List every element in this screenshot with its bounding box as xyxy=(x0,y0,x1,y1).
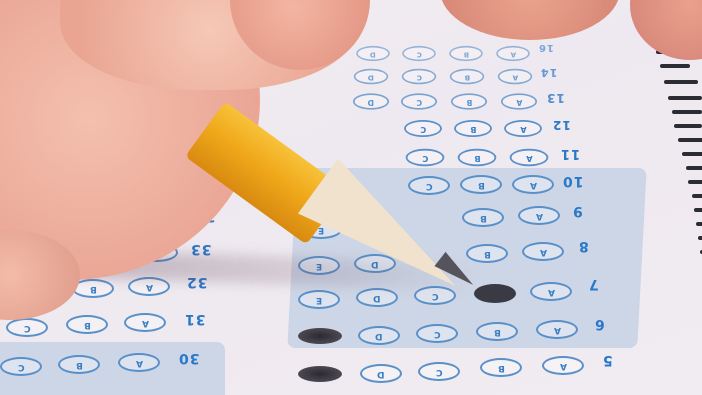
bubble-c[interactable]: C xyxy=(401,93,437,109)
bubble-e[interactable]: E xyxy=(298,290,340,309)
question-number: 5 xyxy=(602,352,613,368)
question-number: 12 xyxy=(552,118,571,132)
question-number: 9 xyxy=(572,203,583,219)
bubble-a[interactable]: A xyxy=(530,282,572,301)
bubble-b[interactable]: B xyxy=(458,149,497,166)
bubble-d[interactable]: D xyxy=(356,288,398,307)
bubble-c[interactable]: C xyxy=(418,362,460,381)
bubble-c[interactable]: C xyxy=(402,69,436,85)
question-number: 30 xyxy=(178,350,199,366)
bubble-b[interactable]: B xyxy=(450,69,484,85)
question-number: 10 xyxy=(562,173,583,189)
bubble-a[interactable]: A xyxy=(501,93,537,109)
filled-bubble-e[interactable] xyxy=(298,366,342,382)
bubble-b[interactable]: B xyxy=(449,46,483,61)
bubble-d[interactable]: D xyxy=(358,326,400,345)
bubble-b[interactable]: B xyxy=(66,315,108,334)
bubble-b-filled[interactable]: B xyxy=(474,284,516,303)
bubble-b[interactable]: B xyxy=(460,175,502,194)
bubble-a[interactable]: A xyxy=(496,46,530,61)
bubble-a[interactable]: A xyxy=(512,175,554,194)
question-number: 31 xyxy=(184,311,205,327)
bubble-d[interactable]: D xyxy=(360,364,402,383)
bubble-c[interactable]: C xyxy=(406,149,445,166)
bubble-a[interactable]: A xyxy=(518,206,560,225)
bubble-a[interactable]: A xyxy=(522,242,564,261)
bubble-c[interactable]: C xyxy=(408,176,450,195)
bubble-b[interactable]: B xyxy=(58,355,100,374)
bubble-a[interactable]: A xyxy=(118,353,160,372)
finger-top-right xyxy=(440,0,620,40)
bubble-a[interactable]: A xyxy=(542,356,584,375)
filled-bubble-e[interactable] xyxy=(298,328,342,344)
bubble-d[interactable]: D xyxy=(353,93,389,109)
bubble-b[interactable]: B xyxy=(476,322,518,341)
question-number: 11 xyxy=(560,146,580,161)
question-number: 7 xyxy=(588,276,599,292)
question-number: 6 xyxy=(594,316,605,332)
bubble-b[interactable]: B xyxy=(462,208,504,227)
bubble-c[interactable]: C xyxy=(402,46,436,61)
bubble-c[interactable]: C xyxy=(6,318,48,337)
question-number: 13 xyxy=(546,91,565,105)
bubble-b[interactable]: B xyxy=(480,358,522,377)
photo-scene: 16 A B C D 14 A B C D 13 A B C D 12 A B … xyxy=(0,0,702,395)
bubble-c[interactable]: C xyxy=(0,357,42,376)
question-number: 14 xyxy=(540,66,557,79)
bubble-a[interactable]: A xyxy=(504,120,542,137)
bubble-a[interactable]: A xyxy=(498,69,532,85)
bubble-c[interactable]: C xyxy=(404,120,442,137)
bubble-c[interactable]: C xyxy=(416,324,458,343)
bubble-b[interactable]: B xyxy=(451,93,487,109)
bubble-a[interactable]: A xyxy=(536,320,578,339)
bubble-b[interactable]: B xyxy=(454,120,492,137)
bubble-a[interactable]: A xyxy=(510,149,549,166)
question-number: 8 xyxy=(578,238,589,254)
question-number: 16 xyxy=(538,42,554,53)
bubble-a[interactable]: A xyxy=(124,313,166,332)
bubble-d[interactable]: D xyxy=(356,46,390,61)
bubble-d[interactable]: D xyxy=(354,69,388,85)
